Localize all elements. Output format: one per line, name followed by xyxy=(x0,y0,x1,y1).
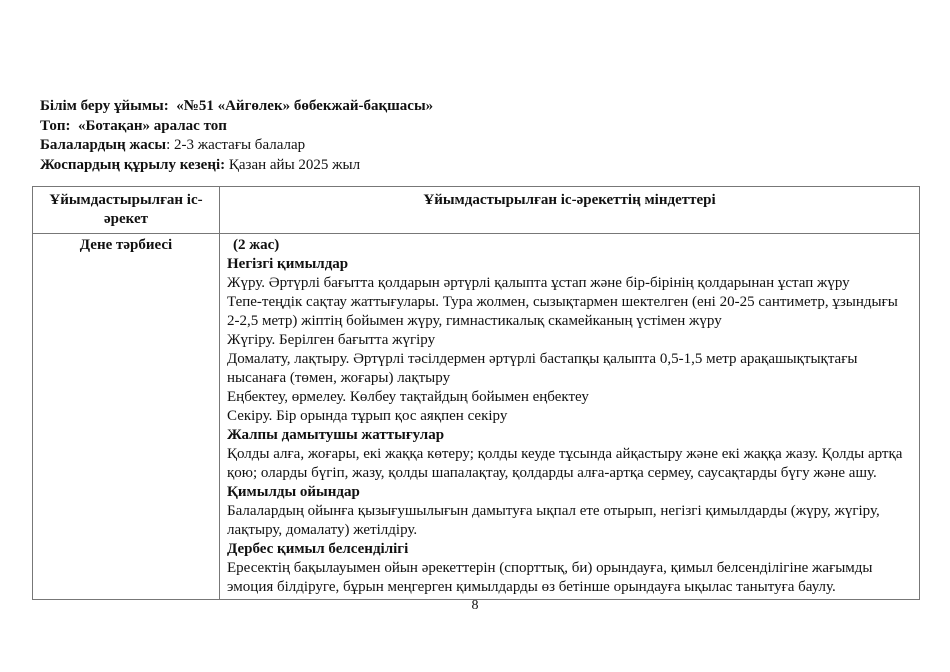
age-group: (2 жас) xyxy=(227,236,913,255)
table-row: Дене тәрбиесі(2 жас)Негізгі қимылдарЖүру… xyxy=(33,234,920,600)
age-value: : 2-3 жастағы балалар xyxy=(166,137,305,153)
task-text: Еңбектеу, өрмелеу. Көлбеу тақтайдың бойы… xyxy=(227,388,913,407)
task-text: Секіру. Бір орында тұрып қос аяқпен секі… xyxy=(227,407,913,426)
task-text: Қолды алға, жоғары, екі жаққа көтеру; қо… xyxy=(227,445,913,483)
column-header-tasks: Ұйымдастырылған іс-әрекеттің міндеттері xyxy=(220,187,920,234)
age-label: Балалардың жасы xyxy=(40,137,166,153)
document-header: Білім беру ұйымы: «№51 «Айгөлек» бөбекжа… xyxy=(40,97,433,175)
section-title: Дербес қимыл белсенділігі xyxy=(227,540,913,559)
task-text: Тепе-теңдік сақтау жаттығулары. Тура жол… xyxy=(227,293,913,331)
table-body: Дене тәрбиесі(2 жас)Негізгі қимылдарЖүру… xyxy=(33,234,920,600)
column-header-activity: Ұйымдастырылған іс- әрекет xyxy=(33,187,220,234)
group-line: Топ: «Ботақан» аралас топ xyxy=(40,117,433,137)
group-label: Топ: xyxy=(40,118,70,134)
period-label: Жоспардың құрылу кезеңі: xyxy=(40,157,225,173)
section-title: Қимылды ойындар xyxy=(227,483,913,502)
age-line: Балалардың жасы: 2-3 жастағы балалар xyxy=(40,136,433,156)
task-text: Ересектің бақылауымен ойын әрекеттерін (… xyxy=(227,559,913,597)
page-number: 8 xyxy=(0,598,950,614)
task-text: Балалардың ойынға қызығушылығын дамытуға… xyxy=(227,502,913,540)
period-line: Жоспардың құрылу кезеңі: Қазан айы 2025 … xyxy=(40,156,433,176)
plan-table: Ұйымдастырылған іс- әрекет Ұйымдастырылғ… xyxy=(32,186,920,600)
section-title: Жалпы дамытушы жаттығулар xyxy=(227,426,913,445)
period-value: Қазан айы 2025 жыл xyxy=(229,157,360,173)
task-text: Жүру. Әртүрлі бағытта қолдарын әртүрлі қ… xyxy=(227,274,913,293)
task-text: Жүгіру. Берілген бағытта жүгіру xyxy=(227,331,913,350)
task-text: Домалату, лақтыру. Әртүрлі тәсілдермен ә… xyxy=(227,350,913,388)
section-title: Негізгі қимылдар xyxy=(227,255,913,274)
tasks-cell: (2 жас)Негізгі қимылдарЖүру. Әртүрлі бағ… xyxy=(220,234,920,600)
table-header-row: Ұйымдастырылған іс- әрекет Ұйымдастырылғ… xyxy=(33,187,920,234)
organization-line: Білім беру ұйымы: «№51 «Айгөлек» бөбекжа… xyxy=(40,97,433,117)
organization-label: Білім беру ұйымы: xyxy=(40,98,169,114)
organization-value: «№51 «Айгөлек» бөбекжай-бақшасы» xyxy=(176,98,433,114)
group-value: «Ботақан» аралас топ xyxy=(78,118,227,134)
activity-cell: Дене тәрбиесі xyxy=(33,234,220,600)
